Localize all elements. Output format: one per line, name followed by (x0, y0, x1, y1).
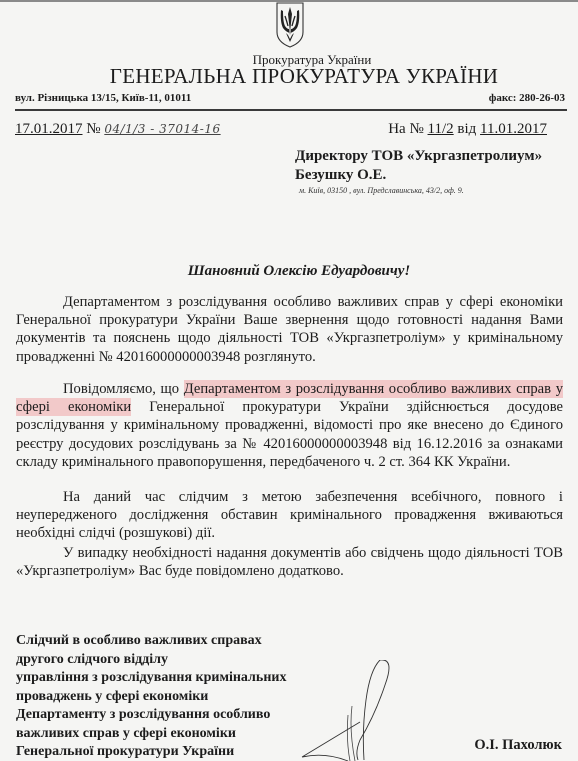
paragraph-2-intro: Повідомляємо, що (63, 381, 184, 397)
recipient-position: Директору ТОВ «Укргазпетролиум» (295, 147, 542, 166)
organization-title: ГЕНЕРАЛЬНА ПРОКУРАТУРА УКРАЇНИ (0, 64, 578, 89)
signatory-title-line: Слідчий в особливо важливих справах (16, 632, 286, 651)
handwritten-signature-icon (300, 660, 430, 761)
recipient-block: Директору ТОВ «Укргазпетролиум» Безушку … (295, 147, 542, 197)
incoming-from-label: від (457, 121, 476, 137)
signatory-title-line: управління з розслідування кримінальних (16, 669, 286, 688)
signatory-title-line: Генеральної прокуратури України (16, 743, 286, 761)
recipient-name: Безушку О.Е. (295, 166, 542, 185)
incoming-reference: На № 11/2 від 11.01.2017 (388, 121, 547, 138)
signatory-title-line: Департаменту з розслідування особливо (16, 706, 286, 725)
recipient-address: м. Київ, 03150 , вул. Предславинська, 43… (295, 185, 542, 197)
outgoing-reference: 17.01.2017 № 04/1/3 - 37014-16 (15, 121, 221, 138)
fax-number: факс: 280-26-03 (489, 92, 565, 104)
outgoing-date: 17.01.2017 (15, 121, 83, 137)
signatory-title-line: другого слідчого відділу (16, 651, 286, 670)
signatory-title: Слідчий в особливо важливих справах друг… (16, 632, 286, 761)
outgoing-number-label: № (86, 121, 100, 137)
header-divider (15, 109, 567, 111)
paragraph-1: Департаментом з розслідування особливо в… (16, 293, 563, 366)
paragraph-3-text: На даний час слідчим з метою забезпеченн… (16, 488, 563, 543)
incoming-prefix: На № (388, 121, 424, 137)
signatory-title-line: проваджень у сфері економіки (16, 688, 286, 707)
signatory-title-line: важливих справ у сфері економіки (16, 725, 286, 744)
letter-page: Прокуратура України ГЕНЕРАЛЬНА ПРОКУРАТУ… (0, 0, 578, 761)
paragraph-4-text: У випадку необхідності надання документі… (16, 544, 563, 580)
trident-coat-of-arms-icon (275, 2, 305, 48)
paragraph-3: На даний час слідчим з метою забезпеченн… (16, 488, 563, 543)
incoming-date: 11.01.2017 (480, 121, 547, 137)
salutation: Шановний Олексію Едуардовичу! (0, 263, 578, 280)
outgoing-number-handwritten: 04/1/3 - 37014-16 (104, 122, 220, 136)
paragraph-1-text: Департаментом з розслідування особливо в… (16, 293, 563, 366)
paragraph-2: Повідомляємо, що Департаментом з розслід… (16, 380, 563, 471)
paragraph-4: У випадку необхідності надання документі… (16, 544, 563, 580)
office-address: вул. Різницька 13/15, Київ-11, 01011 (15, 92, 191, 104)
incoming-number: 11/2 (428, 121, 454, 137)
signatory-name: О.І. Пахолюк (474, 737, 562, 754)
